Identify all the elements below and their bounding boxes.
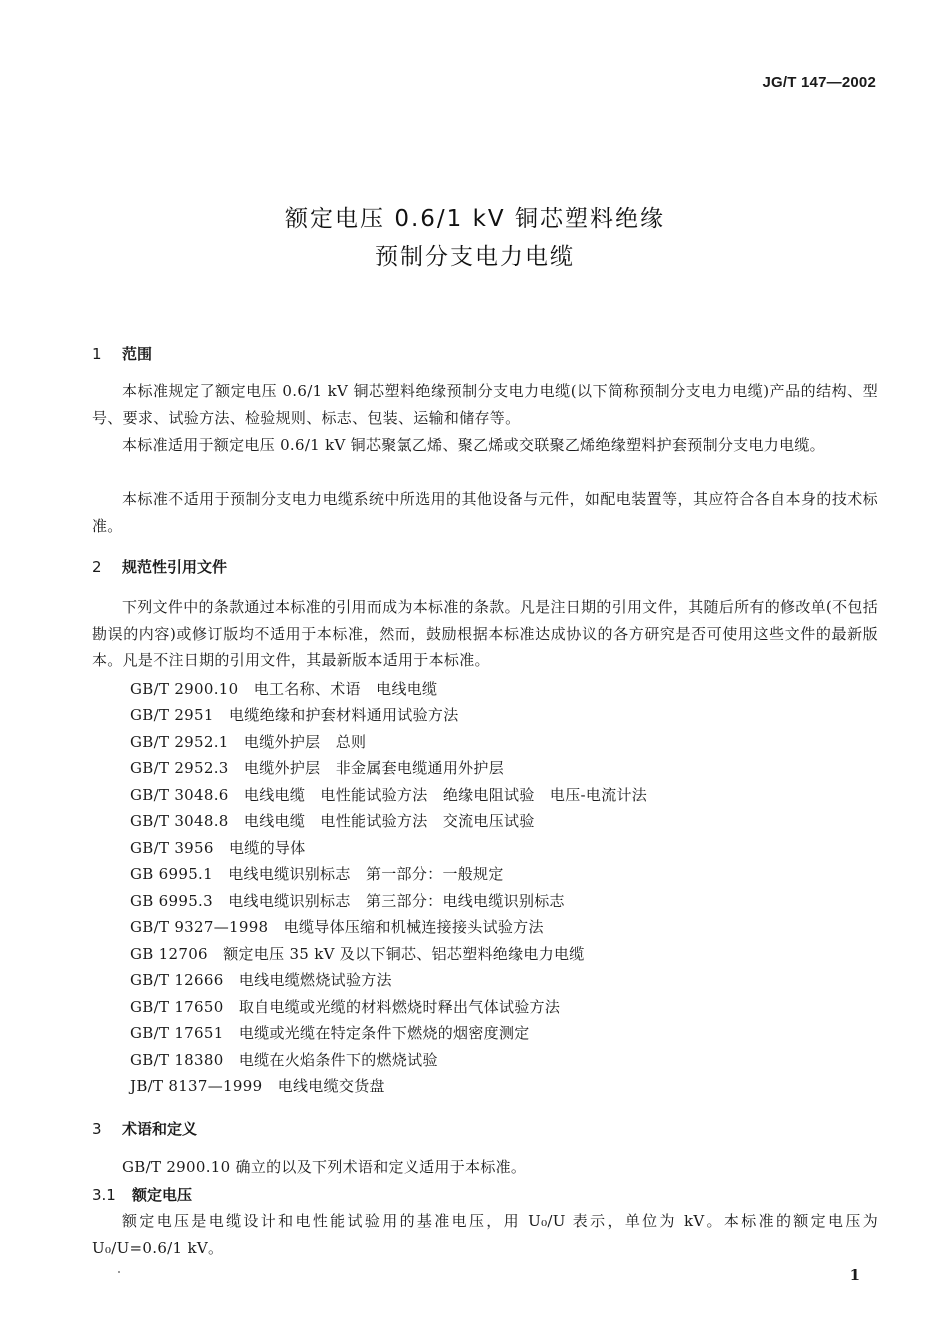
document-title-line2: 预制分支电力电缆 <box>0 238 950 271</box>
reference-item: GB/T 3048.8 电线电缆 电性能试验方法 交流电压试验 <box>130 810 535 831</box>
reference-item: GB/T 2900.10 电工名称、术语 电线电缆 <box>130 678 437 699</box>
section-number: 1 <box>92 345 122 363</box>
reference-item: GB/T 17651 电缆或光缆在特定条件下燃烧的烟密度测定 <box>130 1022 530 1043</box>
reference-item: GB/T 17650 取自电缆或光缆的材料燃烧时释出气体试验方法 <box>130 996 560 1017</box>
subsection-3-1-text: 额定电压是电缆设计和电性能试验用的基准电压，用 U₀/U 表示，单位为 kV。本… <box>92 1208 878 1261</box>
section-2-heading: 2规范性引用文件 <box>92 556 227 577</box>
reference-item: GB 6995.1 电线电缆识别标志 第一部分：一般规定 <box>130 863 504 884</box>
reference-item: GB 6995.3 电线电缆识别标志 第三部分：电线电缆识别标志 <box>130 890 565 911</box>
reference-item: GB/T 12666 电线电缆燃烧试验方法 <box>130 969 392 990</box>
subsection-number: 3.1 <box>92 1186 132 1204</box>
section-1-paragraph-1: 本标准规定了额定电压 0.6/1 kV 铜芯塑料绝缘预制分支电力电缆(以下简称预… <box>92 378 878 431</box>
page-number: 1 <box>850 1266 860 1284</box>
standard-code: JG/T 147—2002 <box>762 74 876 91</box>
subsection-3-1-heading: 3.1额定电压 <box>92 1184 192 1205</box>
reference-item: GB/T 3048.6 电线电缆 电性能试验方法 绝缘电阻试验 电压-电流计法 <box>130 784 647 805</box>
document-title-line1: 额定电压 0.6/1 kV 铜芯塑料绝缘 <box>0 200 950 233</box>
reference-item: GB/T 2952.1 电缆外护层 总则 <box>130 731 366 752</box>
section-number: 2 <box>92 558 122 576</box>
section-number: 3 <box>92 1120 122 1138</box>
reference-item: GB/T 2952.3 电缆外护层 非金属套电缆通用外护层 <box>130 757 504 778</box>
reference-item: JB/T 8137—1999 电线电缆交货盘 <box>130 1075 385 1096</box>
section-1-heading: 1范围 <box>92 343 152 364</box>
section-title: 范围 <box>122 345 152 363</box>
section-1-paragraph-3: 本标准不适用于预制分支电力电缆系统中所选用的其他设备与元件，如配电装置等，其应符… <box>92 486 878 539</box>
reference-item: GB/T 2951 电缆绝缘和护套材料通用试验方法 <box>130 704 459 725</box>
section-1-paragraph-2: 本标准适用于额定电压 0.6/1 kV 铜芯聚氯乙烯、聚乙烯或交联聚乙烯绝缘塑料… <box>92 432 878 459</box>
subsection-title: 额定电压 <box>132 1186 192 1204</box>
scan-artifact <box>118 1271 120 1273</box>
section-3-intro: GB/T 2900.10 确立的以及下列术语和定义适用于本标准。 <box>92 1154 878 1181</box>
section-title: 规范性引用文件 <box>122 558 227 576</box>
reference-item: GB/T 9327—1998 电缆导体压缩和机械连接接头试验方法 <box>130 916 544 937</box>
section-title: 术语和定义 <box>122 1120 197 1138</box>
reference-item: GB/T 18380 电缆在火焰条件下的燃烧试验 <box>130 1049 438 1070</box>
section-3-heading: 3术语和定义 <box>92 1118 197 1139</box>
reference-item: GB 12706 额定电压 35 kV 及以下铜芯、铝芯塑料绝缘电力电缆 <box>130 943 585 964</box>
section-2-intro: 下列文件中的条款通过本标准的引用而成为本标准的条款。凡是注日期的引用文件，其随后… <box>92 594 878 674</box>
reference-item: GB/T 3956 电缆的导体 <box>130 837 306 858</box>
